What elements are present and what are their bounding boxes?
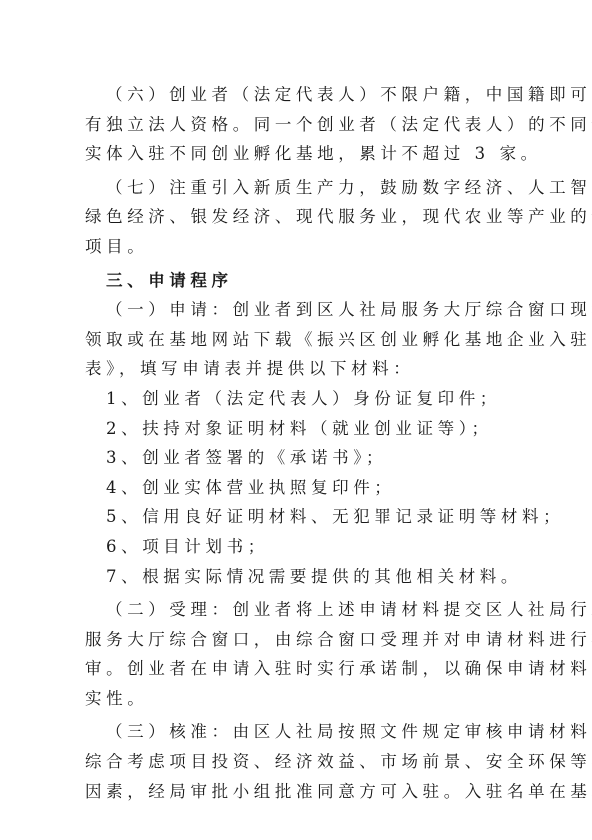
text-line: 项目。 <box>85 232 499 262</box>
text-line: 领取或在基地网站下载《振兴区创业孵化基地企业入驻申请 <box>85 325 499 355</box>
step-1-application: （一）申请：创业者到区人社局服务大厅综合窗口现场 领取或在基地网站下载《振兴区创… <box>85 295 499 384</box>
list-item: 2、扶持对象证明材料（就业创业证等）； <box>85 414 499 444</box>
list-item: 5、信用良好证明材料、无犯罪记录证明等材料； <box>85 502 499 532</box>
step-3-approval: （三）核准：由区人社局按照文件规定审核申请材料， 综合考虑项目投资、经济效益、市… <box>85 717 499 806</box>
text-line: 综合考虑项目投资、经济效益、市场前景、安全环保等各种 <box>85 747 499 777</box>
text-line: （二）受理：创业者将上述申请材料提交区人社局行政 <box>85 595 499 625</box>
list-item: 4、创业实体营业执照复印件； <box>85 473 499 503</box>
text-line: （一）申请：创业者到区人社局服务大厅综合窗口现场 <box>85 295 499 325</box>
text-line: 审。创业者在申请入驻时实行承诺制，以确保申请材料的真 <box>85 654 499 684</box>
text-line: 服务大厅综合窗口，由综合窗口受理并对申请材料进行初 <box>85 625 499 655</box>
text-line: 因素，经局审批小组批准同意方可入驻。入驻名单在基地网 <box>85 777 499 807</box>
materials-list: 1、创业者（法定代表人）身份证复印件； 2、扶持对象证明材料（就业创业证等）； … <box>85 384 499 591</box>
text-line: 表》，填写申请表并提供以下材料： <box>85 354 499 384</box>
text-line: 绿色经济、银发经济、现代服务业，现代农业等产业的创业 <box>85 202 499 232</box>
section-heading-application-procedure: 三、申请程序 <box>85 266 499 296</box>
clause-7-paragraph: （七）注重引入新质生产力，鼓励数字经济、人工智能、 绿色经济、银发经济、现代服务… <box>85 173 499 262</box>
clause-6-paragraph: （六）创业者（法定代表人）不限户籍，中国籍即可，具 有独立法人资格。同一个创业者… <box>85 80 499 169</box>
step-2-acceptance: （二）受理：创业者将上述申请材料提交区人社局行政 服务大厅综合窗口，由综合窗口受… <box>85 595 499 713</box>
text-line: （三）核准：由区人社局按照文件规定审核申请材料， <box>85 717 499 747</box>
document-page: （六）创业者（法定代表人）不限户籍，中国籍即可，具 有独立法人资格。同一个创业者… <box>85 80 499 806</box>
text-line: （六）创业者（法定代表人）不限户籍，中国籍即可，具 <box>85 80 499 110</box>
list-item: 1、创业者（法定代表人）身份证复印件； <box>85 384 499 414</box>
list-item: 3、创业者签署的《承诺书》； <box>85 443 499 473</box>
text-line: 实性。 <box>85 684 499 714</box>
list-item: 7、根据实际情况需要提供的其他相关材料。 <box>85 562 499 592</box>
text-line: 有独立法人资格。同一个创业者（法定代表人）的不同创业 <box>85 110 499 140</box>
text-line: （七）注重引入新质生产力，鼓励数字经济、人工智能、 <box>85 173 499 203</box>
list-item: 6、项目计划书； <box>85 532 499 562</box>
text-line: 实体入驻不同创业孵化基地，累计不超过 3 家。 <box>85 139 499 169</box>
